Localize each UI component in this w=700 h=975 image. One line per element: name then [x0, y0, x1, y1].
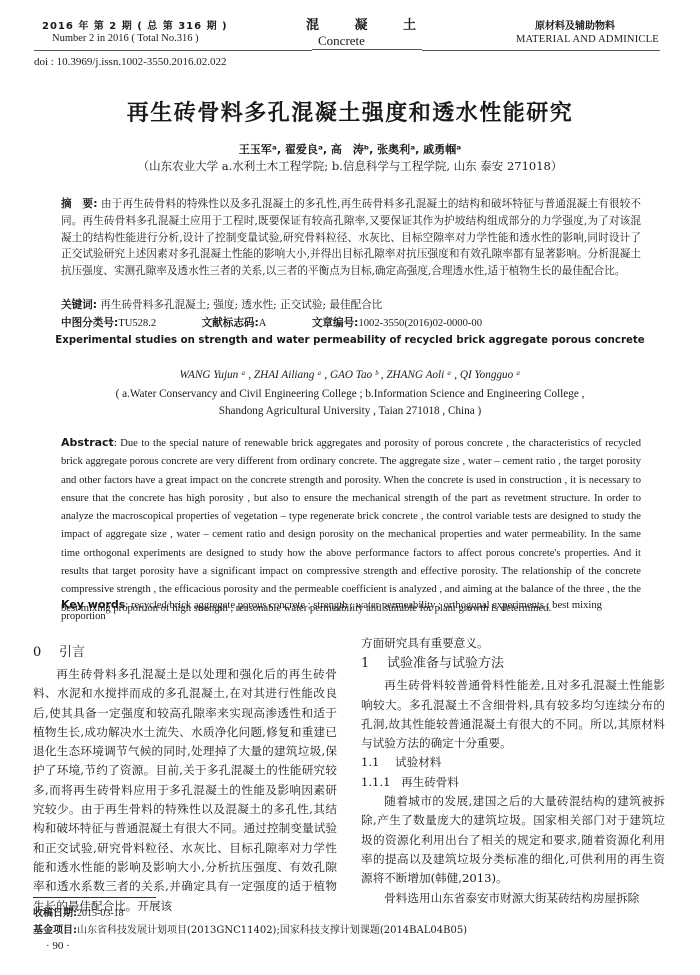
intro-paragraph-continued: 方面研究具有重要意义。 — [361, 634, 665, 653]
header-issue-cn: 2016 年 第 2 期 ( 总 第 316 期 ) — [42, 17, 228, 32]
doc-code-label: 文献标志码: — [202, 317, 259, 329]
article-no-label: 文章编号: — [312, 317, 359, 329]
recycled-brick-paragraph: 随着城市的发展,建国之后的大量砖混结构的建筑被拆除,产生了数量庞大的建筑垃圾。国… — [361, 792, 665, 888]
header-section-cn: 原材料及辅助物料 — [535, 17, 615, 32]
subsection-heading-materials: 1.1试验材料 — [361, 753, 665, 772]
subsection-title: 试验材料 — [395, 755, 441, 769]
page-number: · 90 · — [46, 940, 70, 952]
subsection-heading-recycled-brick: 1.1.1再生砖骨料 — [361, 773, 665, 792]
fund-value: 山东省科技发展计划项目(2013GNC11402);国家科技支撑计划课题(201… — [77, 925, 467, 936]
received-label: 收稿日期: — [33, 908, 77, 919]
recycled-brick-paragraph: 骨料选用山东省泰安市财源大街某砖结构房屋拆除 — [361, 889, 665, 908]
abstract-cn-label: 摘 要: — [61, 198, 97, 210]
received-value: 2015-03-18 — [77, 908, 124, 919]
clc-label: 中图分类号: — [61, 317, 118, 329]
subsection-number: 1.1.1 — [361, 773, 401, 792]
header-rule — [422, 50, 660, 51]
header-rule — [34, 50, 312, 51]
subsection-title: 再生砖骨料 — [401, 775, 459, 789]
classification-row: 中图分类号:TU528.2 文献标志码:A 文章编号:1002-3550(201… — [61, 315, 641, 330]
affiliation-en: ( a.Water Conservancy and Civil Engineer… — [0, 386, 700, 420]
affiliation-cn: （山东农业大学 a.水利土木工程学院; b.信息科学与工程学院, 山东 泰安 2… — [0, 158, 700, 174]
keywords-cn-label: 关键词: — [61, 299, 97, 311]
keywords-cn-text: 再生砖骨料多孔混凝土; 强度; 透水性; 正交试验; 最佳配合比 — [100, 299, 382, 311]
doc-code-value: A — [259, 318, 267, 329]
footnote-rule — [33, 897, 156, 898]
keywords-en-label: Key words — [61, 598, 125, 611]
keywords-en-text: : recycled brick aggregate porous concre… — [61, 600, 602, 622]
keywords-en: Key words: recycled brick aggregate poro… — [61, 598, 641, 622]
abstract-en: Abstract: Due to the special nature of r… — [61, 434, 641, 618]
fund-project: 基金项目:山东省科技发展计划项目(2013GNC11402);国家科技支撑计划课… — [33, 921, 467, 936]
methods-paragraph: 再生砖骨料较普通骨料性能差,且对多孔混凝土性能影响较大。多孔混凝土不含细骨料,具… — [361, 676, 665, 753]
abstract-cn: 摘 要: 由于再生砖骨料的特殊性以及多孔混凝土的多孔性,再生砖骨料多孔混凝土的结… — [61, 196, 641, 280]
affiliation-en-line: Shandong Agricultural University , Taian… — [0, 403, 700, 420]
header-journal-cn: 混 凝 土 — [306, 14, 416, 33]
article-no-value: 1002-3550(2016)02-0000-00 — [358, 318, 482, 329]
section-heading-introduction: 0引言 — [33, 642, 337, 664]
journal-char: 混 — [306, 14, 319, 33]
header-journal-en: Concrete — [318, 33, 365, 49]
section-title: 引言 — [59, 645, 85, 660]
body-column-left: 0引言 再生砖骨料多孔混凝土是以处理和强化后的再生砖骨料、水泥和水搅拌而成的多孔… — [33, 642, 337, 916]
header-rule — [312, 49, 422, 50]
authors-en: WANG Yujun ᵃ , ZHAI Ailiang ᵃ , GAO Tao … — [0, 369, 700, 381]
abstract-cn-text: 由于再生砖骨料的特殊性以及多孔混凝土的多孔性,再生砖骨料多孔混凝土的结构和破坏特… — [61, 198, 641, 277]
affiliation-en-line: ( a.Water Conservancy and Civil Engineer… — [0, 386, 700, 403]
section-title: 试验准备与试验方法 — [387, 656, 504, 671]
paper-title-en: Experimental studies on strength and wat… — [0, 335, 700, 346]
intro-paragraph: 再生砖骨料多孔混凝土是以处理和强化后的再生砖骨料、水泥和水搅拌而成的多孔混凝土,… — [33, 665, 337, 916]
fund-label: 基金项目: — [33, 925, 77, 936]
header-issue-en: Number 2 in 2016 ( Total No.316 ) — [52, 33, 199, 44]
paper-title-cn: 再生砖骨料多孔混凝土强度和透水性能研究 — [0, 96, 700, 127]
keywords-cn: 关键词: 再生砖骨料多孔混凝土; 强度; 透水性; 正交试验; 最佳配合比 — [61, 297, 641, 312]
section-number: 0 — [33, 642, 59, 664]
body-column-right: 方面研究具有重要意义。 1试验准备与试验方法 再生砖骨料较普通骨料性能差,且对多… — [361, 634, 665, 908]
section-number: 1 — [361, 653, 387, 675]
section-heading-methods: 1试验准备与试验方法 — [361, 653, 665, 675]
received-date: 收稿日期:2015-03-18 — [33, 904, 124, 919]
header-section-en: MATERIAL AND ADMINICLE — [516, 34, 659, 45]
authors-cn: 王玉军ᵃ, 翟爱良ᵃ, 高 涛ᵇ, 张奥利ᵃ, 戚勇帼ᵃ — [0, 141, 700, 157]
journal-char: 凝 — [354, 14, 367, 33]
journal-char: 土 — [403, 14, 416, 33]
subsection-number: 1.1 — [361, 753, 395, 772]
abstract-en-text: : Due to the special nature of renewable… — [61, 438, 641, 614]
doi: doi : 10.3969/j.issn.1002-3550.2016.02.0… — [34, 56, 227, 68]
clc-value: TU528.2 — [118, 318, 156, 329]
abstract-en-label: Abstract — [61, 436, 114, 449]
